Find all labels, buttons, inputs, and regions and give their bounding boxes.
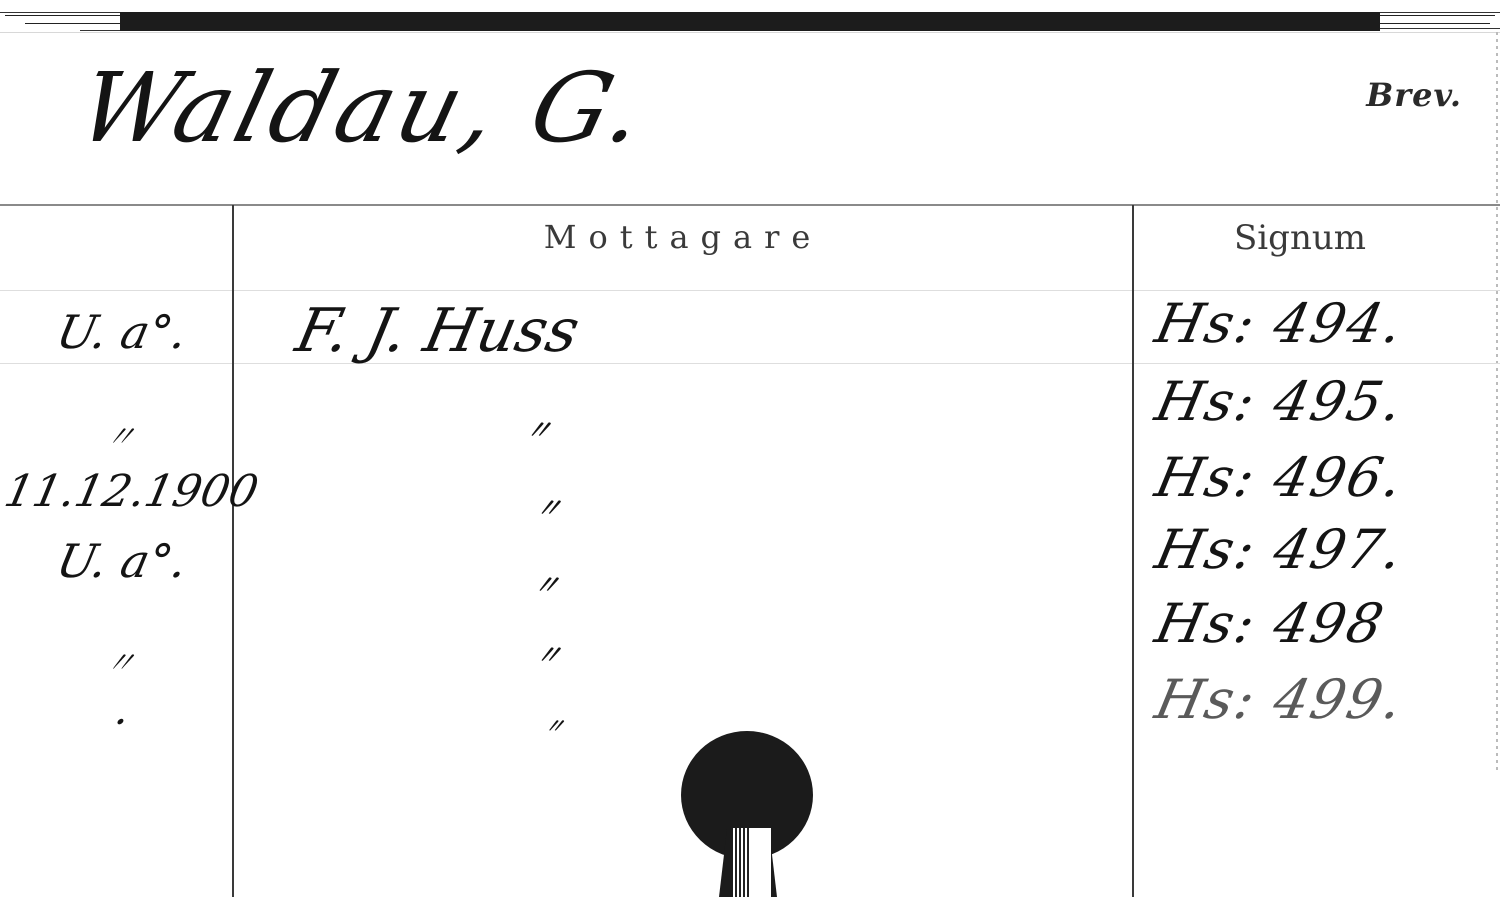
row-recipient-ditto: 〃 — [530, 565, 564, 602]
column-divider-signum — [1132, 205, 1134, 897]
scan-bar — [120, 12, 1380, 31]
row-date: 11.12.1900 — [0, 466, 244, 517]
row-recipient-ditto: 〃 — [532, 635, 566, 672]
scan-artifact-line — [1380, 23, 1490, 24]
punch-hole-slot-gap — [749, 828, 771, 897]
row-recipient-ditto: 〃 — [522, 410, 556, 447]
ruled-line — [0, 290, 1500, 291]
card-top-edge — [0, 32, 1500, 33]
row-signum: Hs: 496. — [1150, 446, 1410, 509]
scan-artifact-line — [1380, 15, 1495, 16]
row-date-ditto: 〃 — [0, 412, 242, 456]
row-date-ditto: 〃 — [0, 638, 242, 682]
row-signum: Hs: 495. — [1150, 370, 1410, 433]
scan-artifact-line — [1380, 12, 1500, 13]
column-header-recipient: Mottagare — [233, 218, 1133, 256]
card-title-handwritten: Waldau, G. — [70, 60, 658, 156]
index-card: Waldau, G. Brev. Mottagare Signum U. a°.… — [0, 0, 1500, 897]
row-date-mark: · — [0, 705, 240, 740]
row-recipient: F. J. Huss — [290, 296, 585, 366]
row-signum: Hs: 497. — [1150, 518, 1410, 581]
scan-artifact-line — [0, 12, 120, 13]
row-date: U. a°. — [0, 534, 244, 588]
column-header-signum: Signum — [1135, 218, 1465, 258]
row-recipient-ditto: 〃 — [532, 488, 566, 525]
row-date: U. a°. — [0, 305, 244, 359]
card-type-label: Brev. — [1366, 76, 1462, 114]
row-signum: Hs: 498 — [1150, 592, 1391, 655]
scan-artifact-line — [5, 15, 120, 16]
card-right-edge — [1496, 32, 1498, 772]
scan-artifact-line — [25, 23, 120, 24]
scan-artifact-line — [80, 30, 120, 31]
row-signum: Hs: 494. — [1150, 292, 1410, 355]
scan-artifact-line — [1380, 28, 1500, 29]
ruled-line — [0, 363, 1500, 364]
header-divider — [0, 204, 1500, 206]
row-signum: Hs: 499. — [1150, 668, 1410, 731]
row-recipient-ditto: 〃 — [542, 710, 568, 739]
